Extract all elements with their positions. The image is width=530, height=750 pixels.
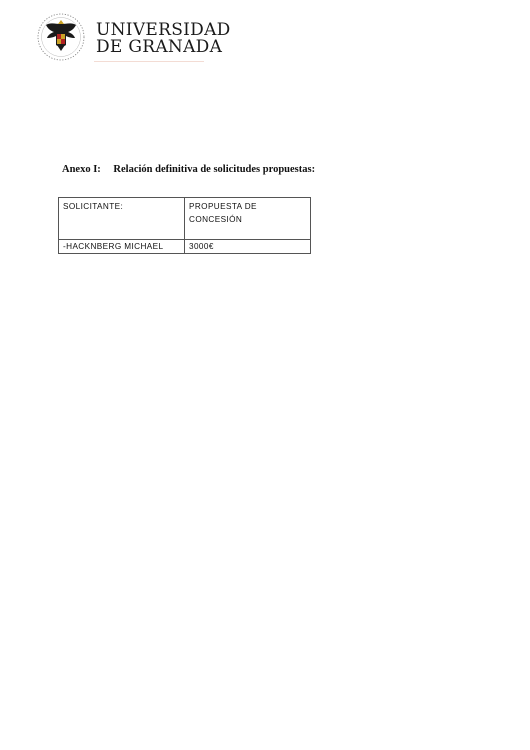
applicants-table: SOLICITANTE: PROPUESTA DE CONCESIÓN -HAC… <box>58 197 311 254</box>
table-row: -HACKNBERG MICHAEL 3000€ <box>59 240 311 254</box>
header-proposal: PROPUESTA DE CONCESIÓN <box>185 198 311 240</box>
header-proposal-line1: PROPUESTA DE <box>189 200 306 213</box>
university-seal-icon <box>36 12 86 62</box>
annex-title: Relación definitiva de solicitudes propu… <box>113 164 315 175</box>
annex-heading: Anexo I: Relación definitiva de solicitu… <box>62 164 315 175</box>
cell-applicant: -HACKNBERG MICHAEL <box>59 240 185 254</box>
document-page: UNIVERSIDAD DE GRANADA Anexo I: Relación… <box>0 0 530 750</box>
header-proposal-line2: CONCESIÓN <box>189 213 306 226</box>
university-name: UNIVERSIDAD DE GRANADA <box>96 22 231 56</box>
table-header-row: SOLICITANTE: PROPUESTA DE CONCESIÓN <box>59 198 311 240</box>
annex-label: Anexo I: <box>62 164 101 175</box>
cell-amount: 3000€ <box>185 240 311 254</box>
header-applicant: SOLICITANTE: <box>59 198 185 240</box>
university-name-line2: DE GRANADA <box>96 39 231 56</box>
header-divider <box>94 61 204 62</box>
